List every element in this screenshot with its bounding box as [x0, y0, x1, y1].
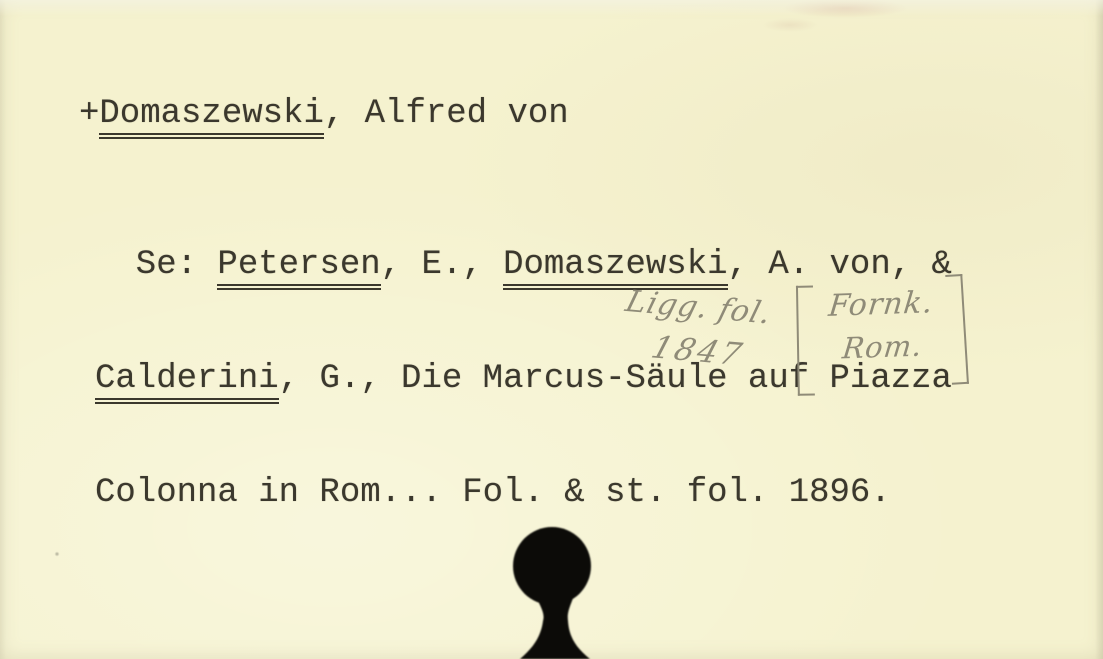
reference-line-1: Se: Petersen, E., Domaszewski, A. von, & — [95, 246, 952, 284]
punch-hole-icon — [508, 524, 600, 659]
heading-suffix: , Alfred von — [324, 95, 569, 133]
heading-author-name: Domaszewski — [99, 95, 323, 139]
heading-prefix: + — [79, 95, 99, 133]
classification-place: Rom. — [829, 328, 937, 366]
reference-imprint: Colonna in Rom... Fol. & st. fol. 1896. — [95, 474, 891, 512]
shelfmark-year: 1847 — [647, 330, 773, 375]
reference-line-3: Colonna in Rom... Fol. & st. fol. 1896. — [95, 474, 952, 512]
shelfmark-block: Ligg. fol. 1847 — [621, 284, 773, 375]
classification-text: Fornk. Rom. — [812, 281, 950, 396]
handwritten-note: Ligg. fol. 1847 Fornk. Rom. — [628, 284, 964, 396]
reference-tail-1: , A. von, & — [728, 246, 952, 284]
catalog-card: +Domaszewski, Alfred von Se: Petersen, E… — [0, 0, 1103, 659]
author-petersen: Petersen — [217, 246, 380, 290]
reference-mid: , E., — [381, 246, 503, 284]
left-bracket — [796, 286, 815, 396]
shelfmark-text: Ligg. fol. — [622, 284, 776, 331]
classification-subject: Fornk. — [827, 285, 935, 324]
author-calderini: Calderini — [95, 360, 279, 404]
see-reference-lead: Se: — [95, 246, 217, 284]
classification-bracket: Fornk. Rom. — [795, 280, 967, 396]
author-heading: +Domaszewski, Alfred von — [79, 96, 569, 132]
